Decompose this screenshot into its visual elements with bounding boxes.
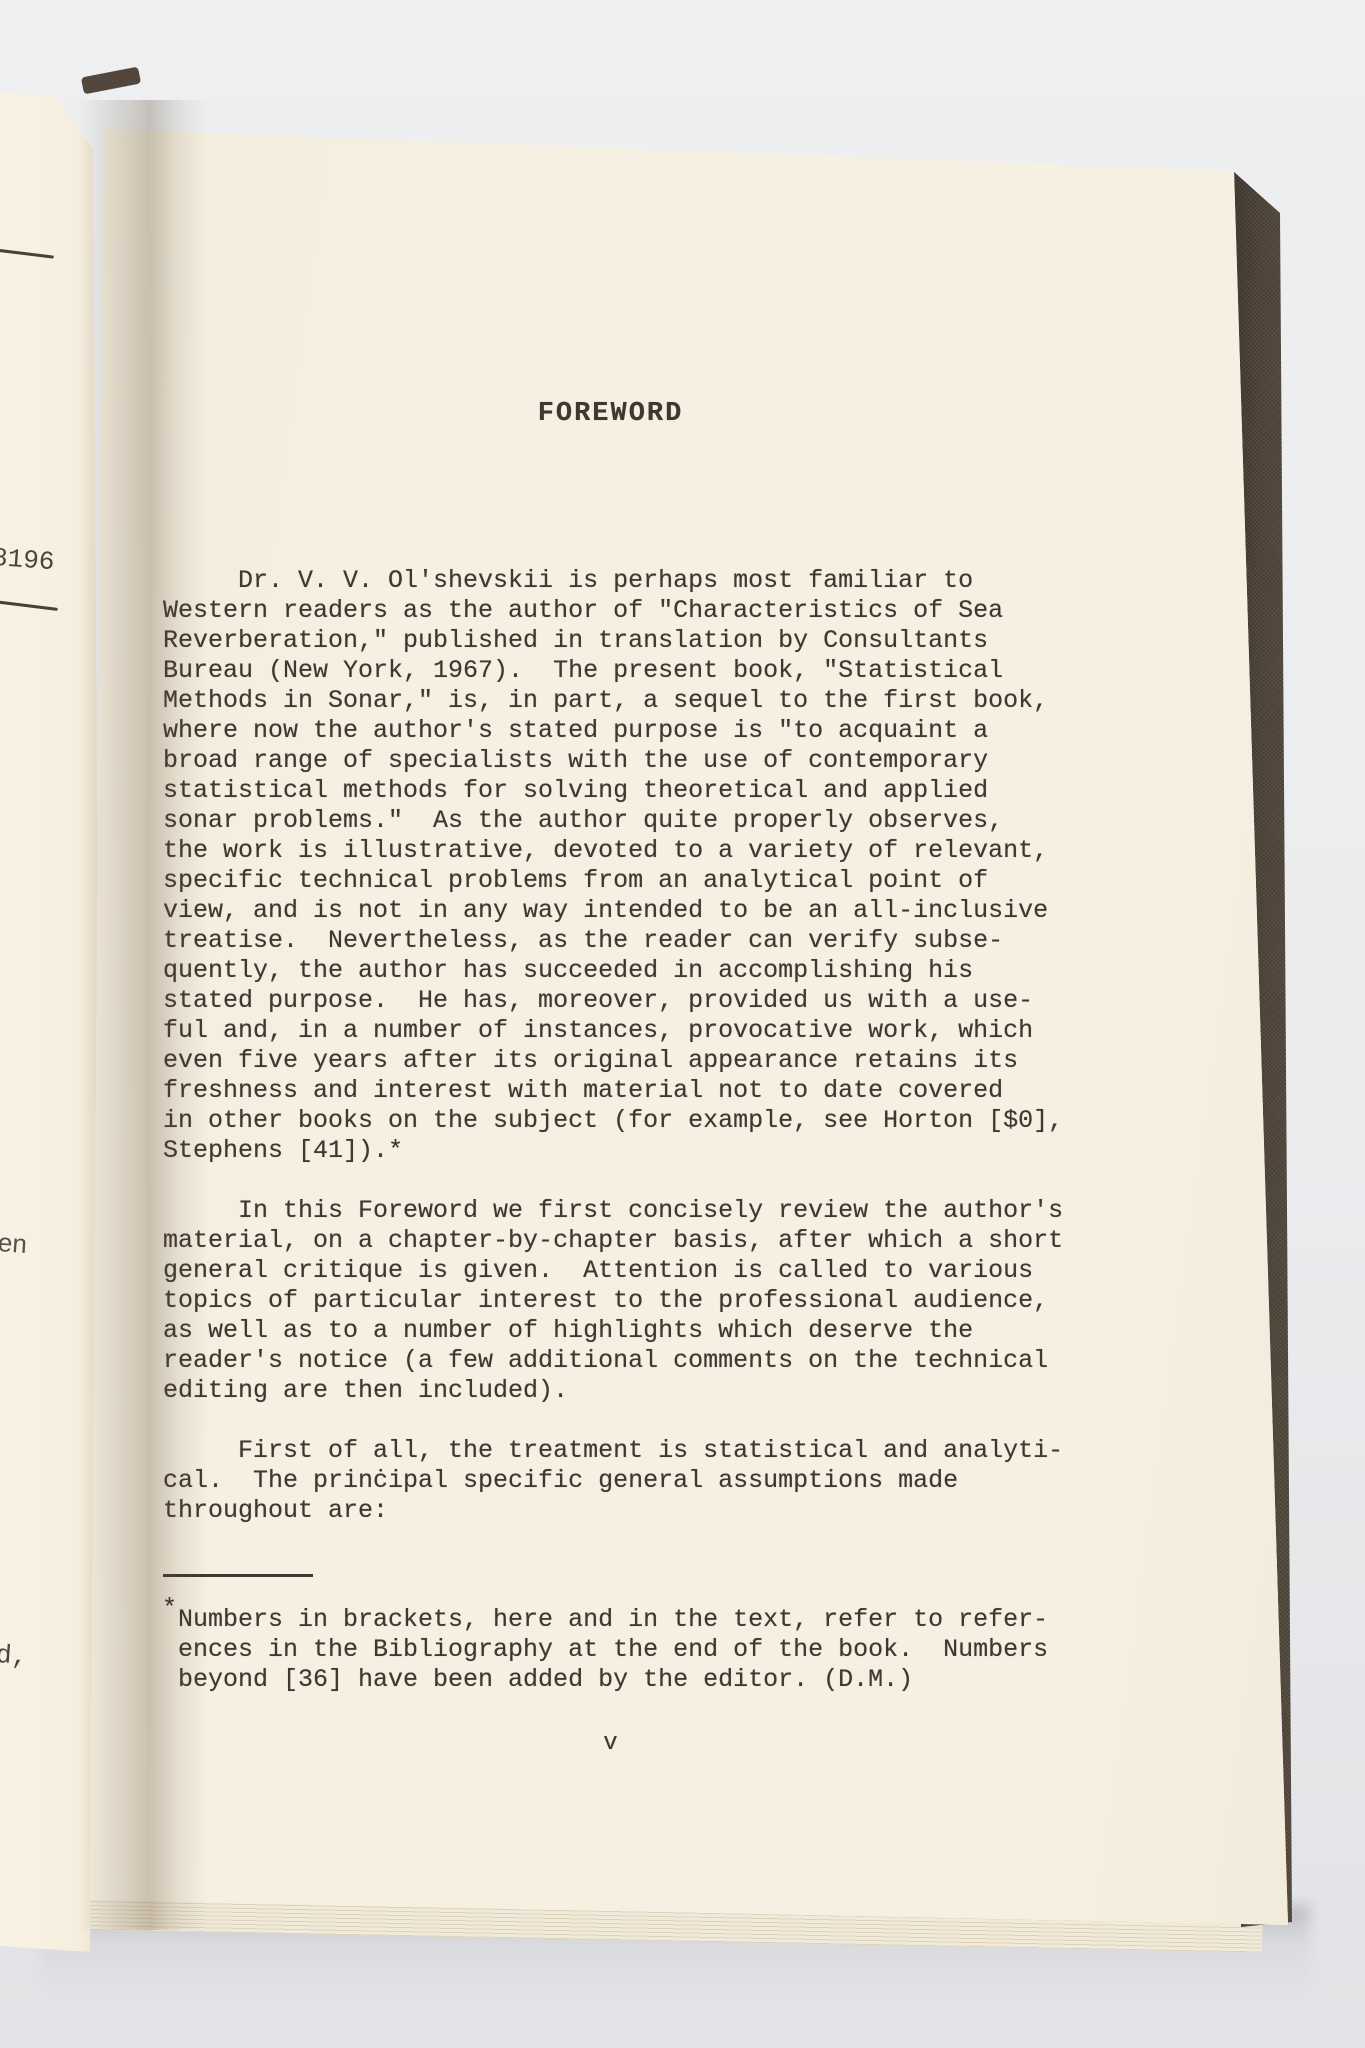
facing-page-rule-top [0, 248, 54, 258]
footnote-asterisk: * [162, 1594, 177, 1623]
book-page: FOREWORD Dr. V. V. Ol'shevskii is perhap… [0, 0, 1365, 2048]
footnote-separator-rule [163, 1574, 313, 1577]
paragraph-2: In this Foreword we first concisely revi… [163, 1196, 1063, 1406]
paragraph-3: First of all, the treatment is statistic… [163, 1436, 1063, 1526]
page-title: FOREWORD [163, 399, 1058, 429]
footnote-text: Numbers in brackets, here and in the tex… [178, 1605, 1048, 1695]
facing-page-number-fragment: 8196 [0, 545, 55, 575]
paragraph-1: Dr. V. V. Ol'shevskii is perhaps most fa… [163, 566, 1063, 1166]
facing-page-word-fragment-bottom: d, [0, 1642, 28, 1670]
facing-page-rule-bottom [0, 600, 58, 611]
facing-page-word-fragment-top: en [0, 1229, 28, 1257]
page-number: v [163, 1730, 1058, 1757]
book-spine-tip [81, 67, 141, 95]
